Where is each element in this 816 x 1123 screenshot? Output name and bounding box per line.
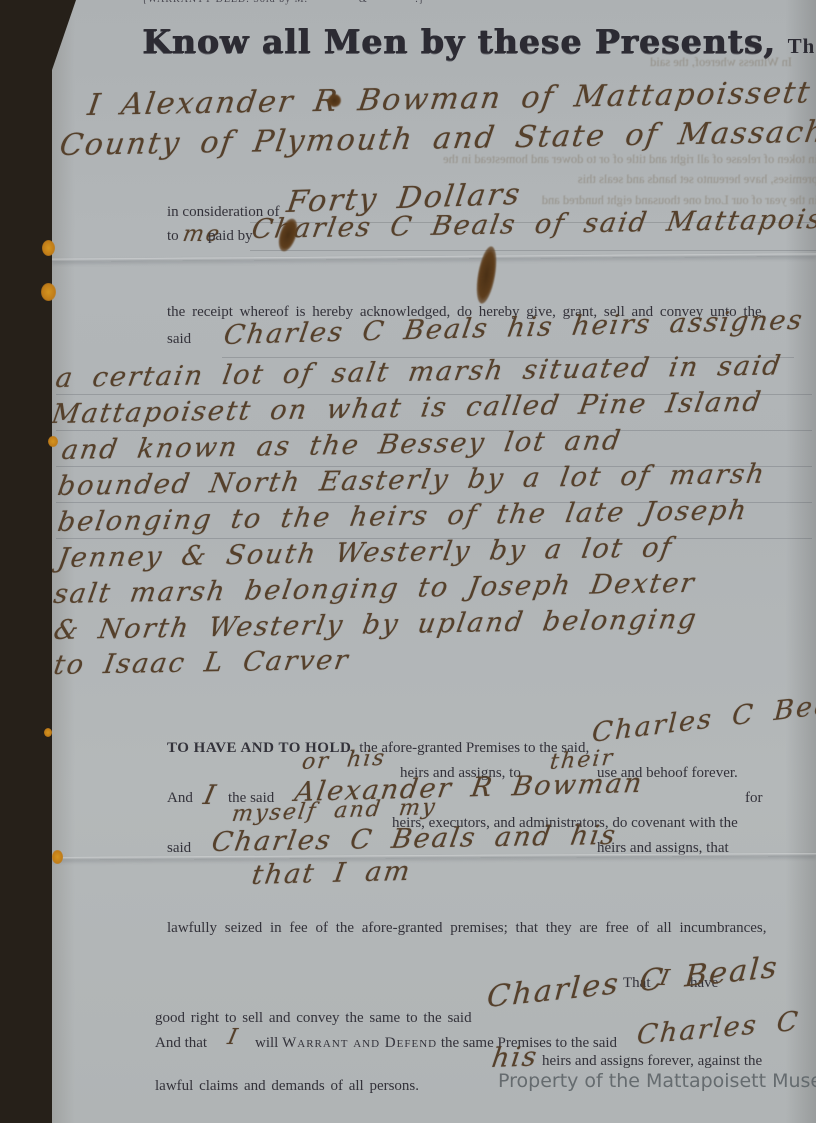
paid-by-pre: to <box>167 228 179 245</box>
edge-stain <box>48 436 58 447</box>
handwriting-that-i-am: that I am <box>250 856 414 891</box>
bleedthrough-witness: In Witness whereof, the said <box>552 55 792 70</box>
said-2: said <box>167 840 191 857</box>
edge-stain <box>41 283 56 301</box>
form-rule <box>250 250 816 251</box>
handwriting-grantee-habendum: Charles C Beals <box>591 690 816 749</box>
handwriting-desc-3: and known as the Bessey lot and <box>60 425 625 466</box>
scanned-deed-document: {WARRANTY DEED. Sold by M. ———— & ————.}… <box>0 0 816 1123</box>
museum-watermark: Property of the Mattapoisett Museum <box>498 1070 816 1092</box>
receipt-said: said <box>167 331 191 348</box>
paid-by-post: paid by <box>208 228 253 245</box>
warrant-defend-line: will Warrant and Defend the same Premise… <box>255 1035 617 1052</box>
plate-line: {WARRANTY DEED. Sold by M. ———— & ————.} <box>142 0 425 5</box>
edge-stain <box>42 240 55 256</box>
ink-blot <box>328 94 341 107</box>
fold-crease <box>52 253 816 261</box>
edge-stain <box>44 728 52 737</box>
warrant-pre: will <box>255 1035 278 1051</box>
good-right-line: good right to sell and convey the same t… <box>155 1010 472 1027</box>
handwriting-i-3: I <box>225 1025 241 1050</box>
forever-line: heirs and assigns forever, against the <box>542 1053 762 1070</box>
for-word: for <box>745 790 763 807</box>
ink-blot <box>473 245 500 305</box>
seized-line: lawfully seized in fee of the afore-gran… <box>167 920 767 937</box>
handwriting-i-1: I <box>201 780 220 811</box>
paper-sheet: {WARRANTY DEED. Sold by M. ———— & ————.}… <box>52 0 816 1123</box>
handwriting-or-his: or his <box>300 746 387 775</box>
handwriting-desc-7: salt marsh belonging to Joseph Dexter <box>52 568 698 610</box>
edge-stain <box>52 850 63 864</box>
bleedthrough-line1: in token of release of all right and tit… <box>382 152 816 167</box>
handwriting-grantee-his: Charles C Beals and his <box>210 820 620 858</box>
handwriting-desc-9: to Isaac L Carver <box>52 645 352 681</box>
handwriting-desc-8: & North Westerly by upland belonging <box>52 604 700 646</box>
handwriting-grantee-big: Charles C Beals <box>486 946 816 1015</box>
and-word: And <box>167 790 193 807</box>
handwriting-grantee-2: Charles C Beals <box>636 1004 816 1051</box>
warrant-caps: Warrant and Defend <box>282 1035 437 1051</box>
lawful-claims-line: lawful claims and demands of all persons… <box>155 1078 419 1095</box>
and-that-words: And that <box>155 1035 207 1052</box>
